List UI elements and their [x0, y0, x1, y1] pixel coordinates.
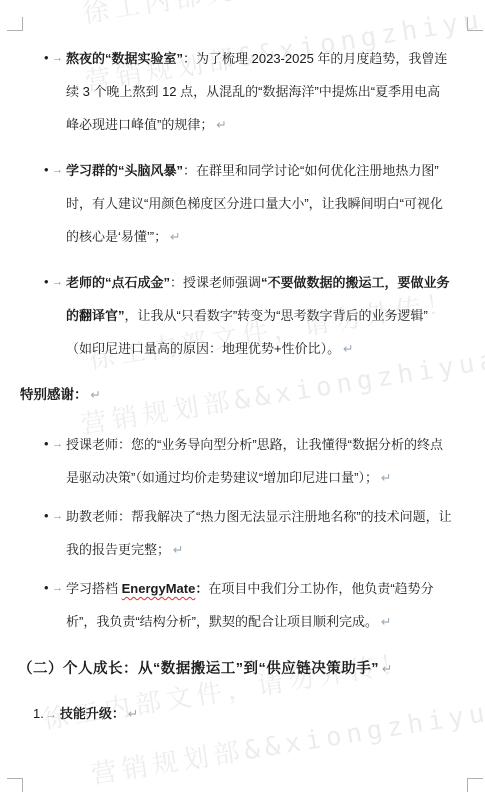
- text-segment: 续 3 个晚上熬到 12 点，从混乱的“数据海洋”中提炼出“夏季用电高: [66, 84, 440, 99]
- text-segment: ：授课老师强调: [170, 275, 261, 290]
- tab-arrow-icon: →: [52, 428, 63, 461]
- crop-mark-bottom-right: [467, 778, 483, 792]
- text-segment: 特别感谢：: [20, 387, 88, 402]
- text-segment: “不要做数据的搬运工，要做业务: [261, 275, 450, 290]
- text-segment: ：为了梳理 2023-2025 年的月度趋势，我曾连: [183, 51, 447, 66]
- paragraph-mark-icon: ↵: [128, 707, 138, 721]
- bullet-paragraph: •→学习搭档 EnergyMate：在项目中我们分工协作，他负责“趋势分析”，我…: [0, 572, 485, 638]
- paragraph-mark-icon: ↵: [170, 230, 180, 244]
- num-paragraph: 1.→技能升级：↵: [0, 697, 485, 730]
- text-segment: 在项目中我们分工协作，他负责“趋势分: [208, 581, 433, 596]
- text-segment: ：: [195, 581, 208, 596]
- tab-arrow-icon: →: [52, 500, 63, 533]
- text-line: 是驱动决策”（如通过均价走势建议“增加印尼进口量”）；↵: [66, 461, 485, 494]
- label-paragraph: 特别感谢：↵: [0, 378, 485, 411]
- bullet-paragraph: •→学习群的“头脑风暴”：在群里和同学讨论“如何优化注册地热力图”时，有人建议“…: [0, 154, 485, 253]
- tab-arrow-icon: →: [52, 42, 63, 75]
- heading-paragraph: （二）个人成长：从“数据搬运工”到“供应链决策助手”↵: [0, 651, 485, 687]
- text-line: 的翻译官”，让我从“只看数字”转变为“思考数字背后的业务逻辑”: [66, 299, 485, 332]
- text-segment: 学习群的“头脑风暴”: [66, 163, 183, 178]
- text-segment: 助教老师：帮我解决了“热力图无法显示注册地名称”的技术问题，让: [66, 509, 452, 524]
- text-segment: 峰必现进口峰值”的规律；: [66, 117, 213, 132]
- bullet-icon: •: [44, 572, 49, 605]
- bullet-icon: •: [44, 266, 49, 299]
- text-line: 析”，我负责“结构分析”，默契的配合让项目顺利完成。↵: [66, 605, 485, 638]
- paragraph-mark-icon: ↵: [173, 543, 183, 557]
- text-segment: 学习搭档: [66, 581, 122, 596]
- text-segment: 老师的“点石成金”: [66, 275, 170, 290]
- text-line: 熬夜的“数据实验室”：为了梳理 2023-2025 年的月度趋势，我曾连: [66, 42, 485, 75]
- bullet-paragraph: •→老师的“点石成金”：授课老师强调“不要做数据的搬运工，要做业务的翻译官”，让…: [0, 266, 485, 365]
- text-line: 峰必现进口峰值”的规律；↵: [66, 108, 485, 141]
- text-segment: （如印尼进口量高的原因：地理优势+性价比）。: [66, 341, 340, 356]
- crop-mark-top-left: [7, 17, 23, 31]
- crop-mark-bottom-left: [7, 778, 23, 792]
- text-segment: ：在群里和同学讨论“如何优化注册地热力图”: [183, 163, 439, 178]
- tab-arrow-icon: →: [52, 266, 63, 299]
- text-line: 续 3 个晚上熬到 12 点，从混乱的“数据海洋”中提炼出“夏季用电高: [66, 75, 485, 108]
- text-segment: 的核心是‘易懂’”；: [66, 229, 167, 244]
- list-number: 1.: [33, 706, 44, 721]
- text-segment: 时，有人建议“用颜色梯度区分进口量大小”，让我瞬间明白“可视化: [66, 196, 443, 211]
- spellcheck-flagged-text: EnergyMate: [122, 581, 196, 596]
- text-segment: 技能升级：: [60, 706, 125, 721]
- text-segment: 是驱动决策”（如通过均价走势建议“增加印尼进口量”）；: [66, 470, 378, 485]
- bullet-paragraph: •→授课老师：您的“业务导向型分析”思路，让我懂得“数据分析的终点是驱动决策”（…: [0, 428, 485, 494]
- bullet-icon: •: [44, 42, 49, 75]
- paragraph-mark-icon: ↵: [381, 471, 391, 485]
- text-line: 1.→技能升级：↵: [33, 697, 485, 730]
- text-line: 授课老师：您的“业务导向型分析”思路，让我懂得“数据分析的终点: [66, 428, 485, 461]
- text-segment: 熬夜的“数据实验室”: [66, 51, 183, 66]
- paragraph-mark-icon: ↵: [343, 342, 353, 356]
- text-line: （二）个人成长：从“数据搬运工”到“供应链决策助手”↵: [18, 651, 485, 687]
- text-line: 特别感谢：↵: [20, 378, 485, 411]
- bullet-icon: •: [44, 500, 49, 533]
- text-segment: （二）个人成长：从“数据搬运工”到“供应链决策助手”: [18, 661, 379, 677]
- text-segment: 我的报告更完整；: [66, 542, 170, 557]
- paragraph-mark-icon: ↵: [216, 118, 226, 132]
- bullet-icon: •: [44, 154, 49, 187]
- text-line: 学习搭档 EnergyMate：在项目中我们分工协作，他负责“趋势分: [66, 572, 485, 605]
- bullet-paragraph: •→熬夜的“数据实验室”：为了梳理 2023-2025 年的月度趋势，我曾连续 …: [0, 42, 485, 141]
- paragraph-mark-icon: ↵: [381, 615, 391, 629]
- text-line: 的核心是‘易懂’”；↵: [66, 220, 485, 253]
- tab-arrow-icon: →: [46, 709, 57, 721]
- paragraph-mark-icon: ↵: [91, 388, 101, 402]
- bullet-paragraph: •→助教老师：帮我解决了“热力图无法显示注册地名称”的技术问题，让我的报告更完整…: [0, 500, 485, 566]
- text-segment: 析”，我负责“结构分析”，默契的配合让项目顺利完成。: [66, 614, 378, 629]
- paragraph-mark-icon: ↵: [382, 662, 393, 676]
- tab-arrow-icon: →: [52, 154, 63, 187]
- text-line: 我的报告更完整；↵: [66, 533, 485, 566]
- document-page: 徐工内部文件，请勿外传！营销规划部&&xiongzhiyuan&&熊徐工内部文件…: [0, 0, 485, 807]
- document-body: •→熬夜的“数据实验室”：为了梳理 2023-2025 年的月度趋势，我曾连续 …: [0, 0, 485, 730]
- text-segment: ，让我从“只看数字”转变为“思考数字背后的业务逻辑”: [125, 308, 428, 323]
- bullet-icon: •: [44, 428, 49, 461]
- text-line: 学习群的“头脑风暴”：在群里和同学讨论“如何优化注册地热力图”: [66, 154, 485, 187]
- text-line: 助教老师：帮我解决了“热力图无法显示注册地名称”的技术问题，让: [66, 500, 485, 533]
- text-line: （如印尼进口量高的原因：地理优势+性价比）。↵: [66, 332, 485, 365]
- tab-arrow-icon: →: [52, 572, 63, 605]
- text-segment: 的翻译官”: [66, 308, 125, 323]
- text-line: 时，有人建议“用颜色梯度区分进口量大小”，让我瞬间明白“可视化: [66, 187, 485, 220]
- crop-mark-top-right: [467, 17, 483, 31]
- text-line: 老师的“点石成金”：授课老师强调“不要做数据的搬运工，要做业务: [66, 266, 485, 299]
- text-segment: 授课老师：您的“业务导向型分析”思路，让我懂得“数据分析的终点: [66, 437, 443, 452]
